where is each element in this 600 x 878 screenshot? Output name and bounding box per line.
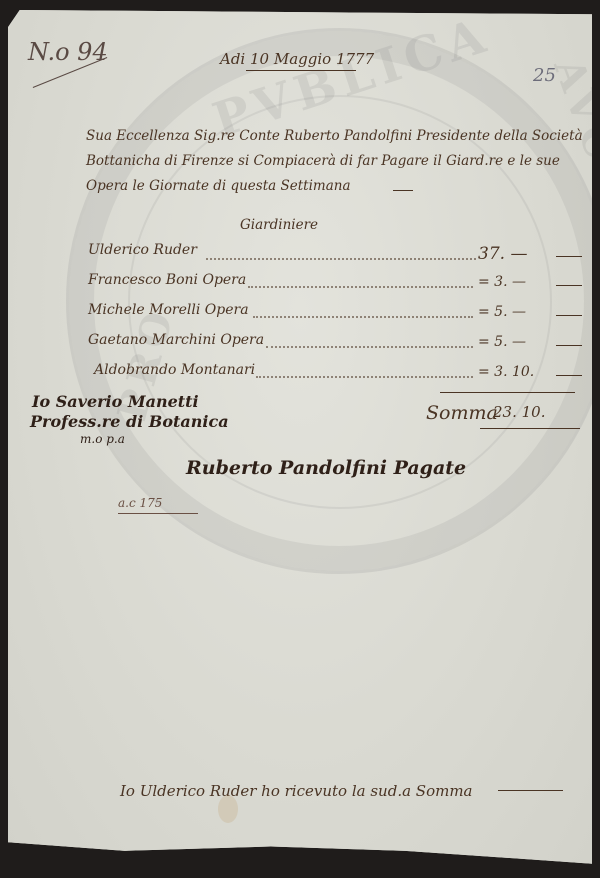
date-line: Adi 10 Maggio 1777	[220, 50, 374, 68]
entry-dash	[556, 345, 582, 346]
ledger-reference: a.c 175	[118, 496, 162, 510]
entry-dash	[556, 256, 582, 257]
entry-dash	[556, 315, 582, 316]
total-rule-bottom	[480, 428, 580, 429]
signature-manetti-line-3: m.o p.a	[80, 432, 125, 446]
seal-text-right: AVCTORITATE	[544, 52, 600, 435]
entry-leader-dots	[256, 376, 473, 378]
body-end-dash	[393, 190, 413, 191]
date-underline	[246, 70, 356, 71]
entry-amount-4: = 5. —	[478, 334, 526, 350]
entry-amount-2: = 3. —	[478, 274, 526, 290]
entry-amount-5: = 3. 10.	[478, 364, 534, 380]
folio-number: 25	[533, 65, 556, 86]
signature-manetti-line-1: Io Saverio Manetti	[32, 392, 199, 411]
entry-dash	[556, 285, 582, 286]
entry-amount-3: = 5. —	[478, 304, 526, 320]
total-rule-top	[440, 392, 575, 393]
body-line-3: Opera le Giornate di questa Settimana	[86, 178, 351, 194]
entry-leader-dots	[206, 258, 476, 260]
section-heading: Giardiniere	[240, 217, 318, 233]
entry-leader-dots	[253, 316, 473, 318]
entry-dash	[556, 375, 582, 376]
body-line-1: Sua Eccellenza Sig.re Conte Ruberto Pand…	[86, 128, 583, 144]
total-label: Somma	[426, 402, 498, 424]
body-line-2: Bottanicha di Firenze si Compiacerà di f…	[86, 153, 560, 169]
entry-name-2: Francesco Boni Opera	[88, 272, 246, 288]
receipt-line: Io Ulderico Ruder ho ricevuto la sud.a S…	[120, 782, 473, 800]
ledger-reference-underline	[118, 513, 198, 514]
entry-amount-1: 37. —	[478, 244, 527, 264]
receipt-line-end-dash	[498, 790, 563, 791]
entry-name-3: Michele Morelli Opera	[88, 302, 249, 318]
entry-name-5: Aldobrando Montanari	[94, 362, 255, 378]
entry-name-1: Ulderico Ruder	[88, 242, 197, 258]
signature-manetti-line-2: Profess.re di Botanica	[30, 412, 229, 431]
entry-leader-dots	[266, 346, 473, 348]
entry-leader-dots	[248, 286, 473, 288]
signature-pandolfini: Ruberto Pandolfini Pagate	[186, 457, 466, 479]
entry-name-4: Gaetano Marchini Opera	[88, 332, 264, 348]
paper-stain	[218, 795, 238, 823]
manuscript-page: PVBLICA AVCTORITATE PRO N.o 94 Adi 10 Ma…	[8, 10, 592, 868]
total-amount: 23. 10.	[493, 403, 545, 421]
